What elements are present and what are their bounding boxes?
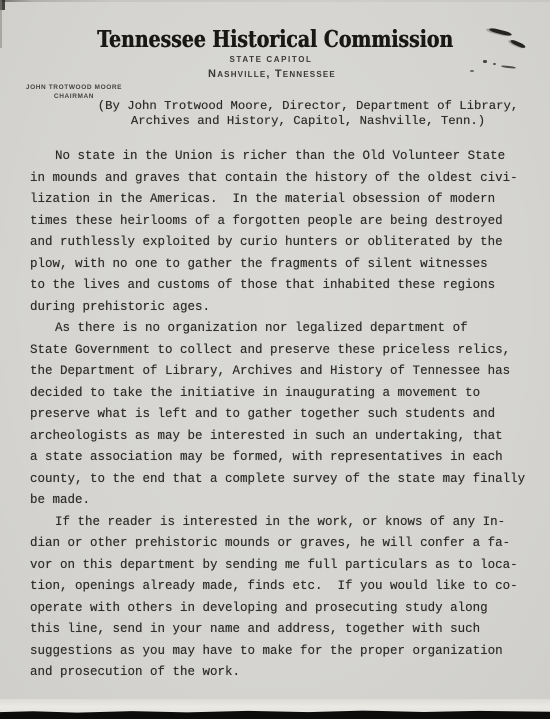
body-line: county, to the end that a complete surve…	[30, 469, 535, 491]
byline-line: Archives and History, Capitol, Nashville…	[92, 114, 524, 129]
scan-top-edge	[0, 0, 550, 2]
paragraph: No state in the Union is richer than the…	[30, 146, 535, 318]
body-line: operate with others in developing and pr…	[30, 598, 535, 620]
body-line: and prosecution of the work.	[30, 662, 535, 684]
body-line: times these heirlooms of a forgotten peo…	[30, 211, 535, 233]
scan-left-edge	[0, 0, 2, 48]
body-line: If the reader is interested in the work,…	[30, 512, 535, 534]
body-line: No state in the Union is richer than the…	[30, 146, 535, 168]
city-line: Nashville, Tennessee	[0, 68, 544, 80]
officer-block: JOHN TROTWOOD MOORE CHAIRMAN	[24, 84, 124, 100]
body-line: a state association may be formed, with …	[30, 447, 535, 469]
body-line: in mounds and graves that contain the hi…	[30, 168, 535, 190]
officer-name: JOHN TROTWOOD MOORE	[24, 84, 124, 91]
body-line: tion, openings already made, finds etc. …	[30, 576, 535, 598]
body-line: dian or other prehistoric mounds or grav…	[30, 533, 535, 555]
body-line: this line, send in your name and address…	[30, 619, 535, 641]
body-line: and ruthlessly exploited by curio hunter…	[30, 232, 535, 254]
scan-bottom-strip	[0, 699, 550, 713]
body-line: vor on this department by sending me ful…	[30, 555, 535, 577]
body-line: to the lives and customs of those that i…	[30, 275, 535, 297]
body-line: during prehistoric ages.	[30, 297, 535, 319]
body-line: decided to take the initiative in inaugu…	[30, 383, 535, 405]
address-line: STATE CAPITOL	[0, 55, 542, 64]
body-line: As there is no organization nor legalize…	[30, 318, 535, 340]
byline-line: (By John Trotwood Moore, Director, Depar…	[92, 99, 524, 114]
body-line: suggestions as you may have to make for …	[30, 641, 535, 663]
pencil-mark	[493, 63, 496, 65]
body-line: the Department of Library, Archives and …	[30, 361, 535, 383]
pencil-mark	[483, 60, 487, 63]
body-line: preserve what is left and to gather toge…	[30, 404, 535, 426]
body-line: State Government to collect and preserve…	[30, 340, 535, 362]
body-line: lization in the Americas. In the materia…	[30, 189, 535, 211]
paragraph: If the reader is interested in the work,…	[30, 512, 535, 684]
pencil-mark	[470, 70, 474, 72]
paragraph: As there is no organization nor legalize…	[30, 318, 535, 512]
letter-body: No state in the Union is richer than the…	[30, 146, 535, 684]
byline: (By John Trotwood Moore, Director, Depar…	[92, 99, 524, 129]
body-line: archeologists as may be interested in su…	[30, 426, 535, 448]
body-line: be made.	[30, 490, 535, 512]
organization-title: Tennessee Historical Commission	[50, 28, 501, 52]
body-line: plow, with no one to gather the fragment…	[30, 254, 535, 276]
